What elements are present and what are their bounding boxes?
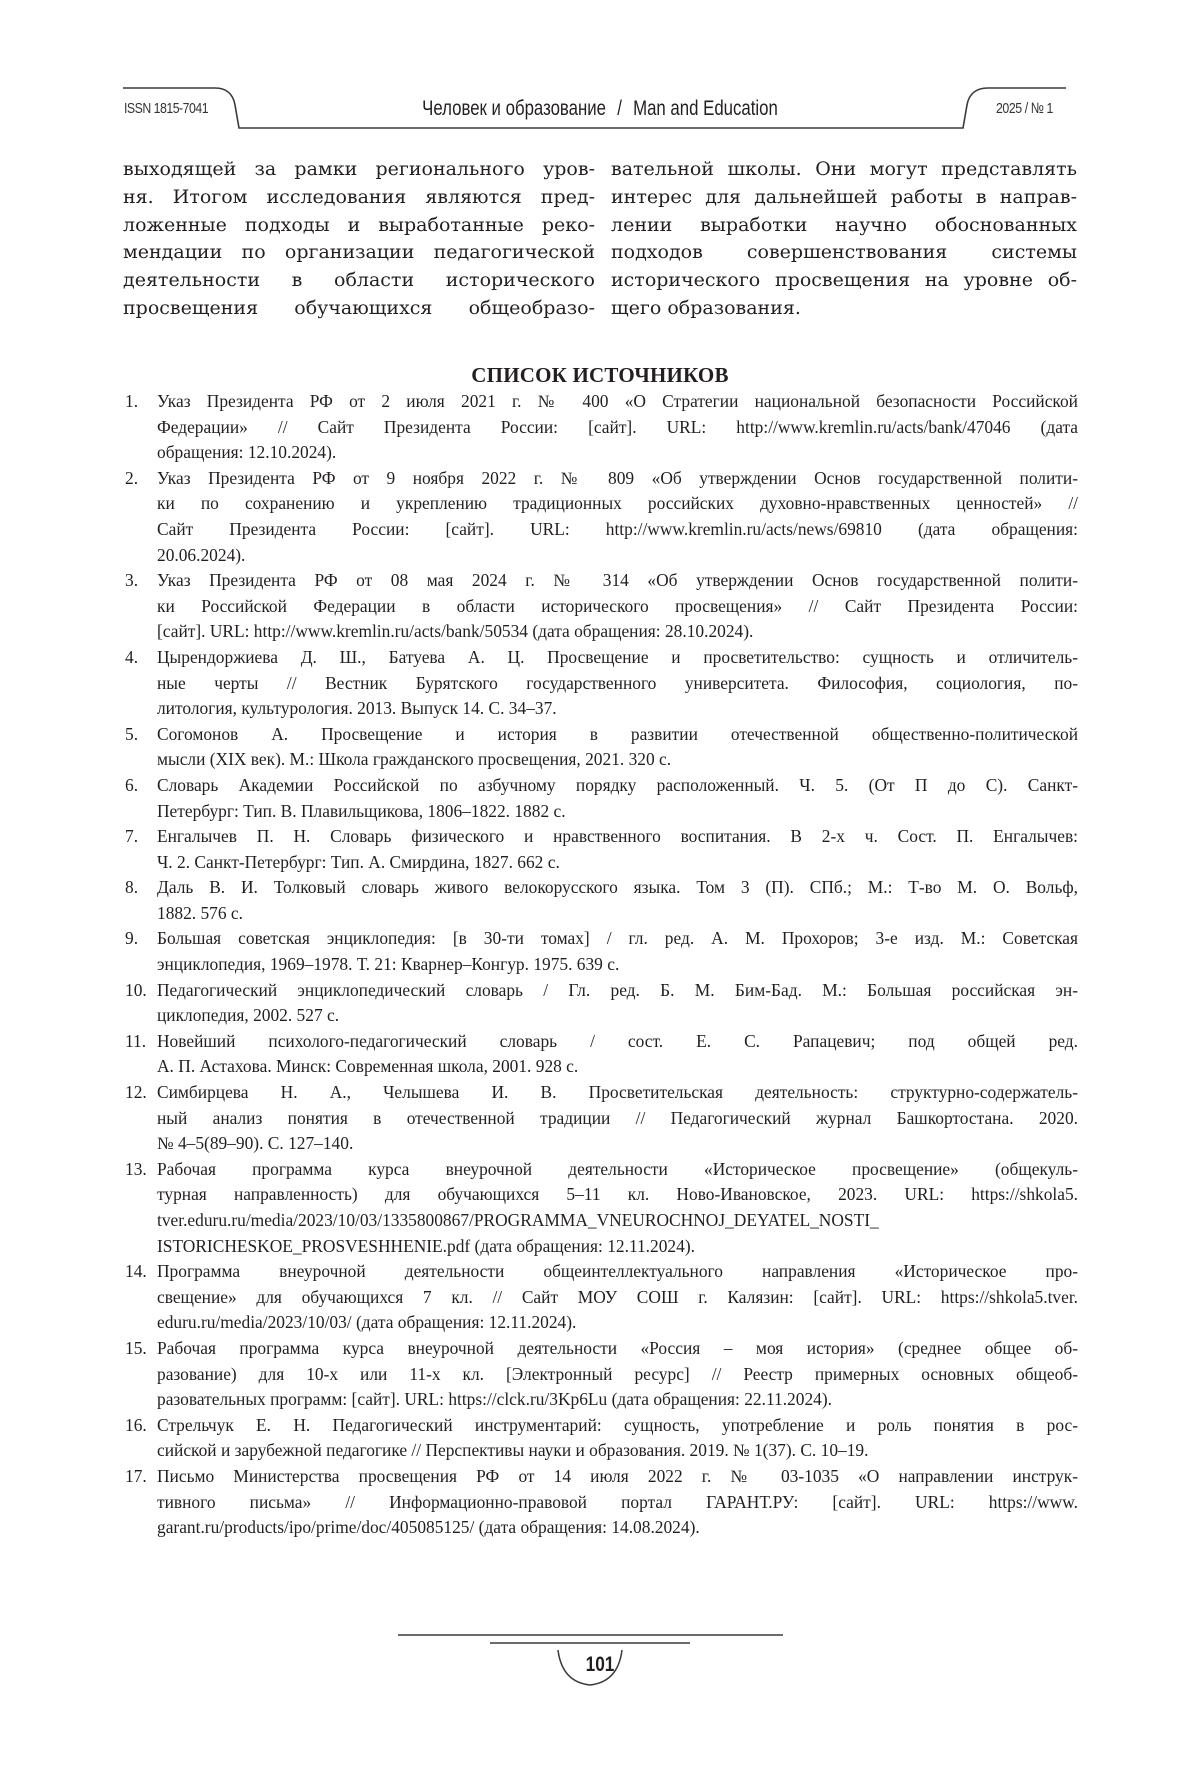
reference-line: 20.06.2024). [157,543,1078,569]
reference-text: Указ Президента РФ от 9 ноября 2022 г. №… [157,466,1078,568]
body-text-line: ложенные подходы и выработанные реко- [123,212,595,240]
reference-line: ный анализ понятия в отечественной тради… [157,1106,1078,1132]
reference-line: разовательных программ: [сайт]. URL: htt… [157,1387,1078,1413]
reference-line: Указ Президента РФ от 2 июля 2021 г. № 4… [157,389,1078,415]
reference-item: 8.Даль В. И. Толковый словарь живого вел… [123,875,1078,926]
body-text-line: исторического просвещения на уровне об- [611,267,1077,295]
journal-title-en: Man and Education [633,97,778,120]
reference-line: [сайт]. URL: http://www.kremlin.ru/acts/… [157,619,1078,645]
reference-number: 11. [125,1029,146,1055]
reference-item: 12.Симбирцева Н. А., Челышева И. В. Прос… [123,1080,1078,1157]
reference-text: Цырендоржиева Д. Ш., Батуева А. Ц. Просв… [157,645,1078,722]
reference-number: 1. [125,389,138,415]
issue-label: 2025 / № 1 [996,100,1053,117]
reference-line: garant.ru/products/ipo/prime/doc/4050851… [157,1515,1078,1541]
reference-number: 7. [125,824,138,850]
reference-text: Большая советская энциклопедия: [в 30-ти… [157,926,1078,977]
references-list: 1.Указ Президента РФ от 2 июля 2021 г. №… [123,389,1078,1541]
reference-line: циклопедия, 2002. 527 с. [157,1003,1078,1029]
reference-number: 17. [125,1464,147,1490]
body-text-line: мендации по организации педагогической [123,239,595,267]
reference-line: Указ Президента РФ от 9 ноября 2022 г. №… [157,466,1078,492]
reference-line: Федерации» // Сайт Президента России: [с… [157,415,1078,441]
reference-line: А. П. Астахова. Минск: Современная школа… [157,1054,1078,1080]
reference-item: 14.Программа внеурочной деятельности общ… [123,1259,1078,1336]
reference-line: Петербург: Тип. В. Плавильщикова, 1806–1… [157,799,1078,825]
reference-line: Енгалычев П. Н. Словарь физического и нр… [157,824,1078,850]
reference-line: tver.eduru.ru/media/2023/10/03/133580086… [157,1208,1078,1234]
reference-item: 2.Указ Президента РФ от 9 ноября 2022 г.… [123,466,1078,568]
reference-line: разование) для 10-х или 11-х кл. [Электр… [157,1362,1078,1388]
reference-text: Енгалычев П. Н. Словарь физического и нр… [157,824,1078,875]
body-text-line: щего образования. [611,295,1077,323]
reference-item: 16.Стрельчук Е. Н. Педагогический инстру… [123,1413,1078,1464]
reference-text: Указ Президента РФ от 2 июля 2021 г. № 4… [157,389,1078,466]
reference-line: свещение» для обучающихся 7 кл. // Сайт … [157,1285,1078,1311]
body-text-line: ня. Итогом исследования являются пред- [123,184,595,212]
reference-line: сийской и зарубежной педагогике // Персп… [157,1438,1078,1464]
reference-text: Стрельчук Е. Н. Педагогический инструмен… [157,1413,1078,1464]
reference-line: энциклопедия, 1969–1978. Т. 21: Кварнер–… [157,952,1078,978]
references-heading: СПИСОК ИСТОЧНИКОВ [0,363,1200,388]
reference-line: обращения: 12.10.2024). [157,440,1078,466]
running-head: Человек и образование/Man and Education [120,97,1080,121]
reference-number: 14. [125,1259,147,1285]
reference-item: 13.Рабочая программа курса внеурочной де… [123,1157,1078,1259]
reference-line: ISTORICHESKOE_PROSVESHHENIE.pdf (дата об… [157,1234,1078,1260]
reference-line: № 4–5(89–90). С. 127–140. [157,1131,1078,1157]
reference-line: Сайт Президента России: [сайт]. URL: htt… [157,517,1078,543]
reference-text: Программа внеурочной деятельности общеин… [157,1259,1078,1336]
reference-text: Согомонов А. Просвещение и история в раз… [157,722,1078,773]
body-column-left: выходящей за рамки регионального уров-ня… [123,156,595,323]
reference-line: тивного письма» // Информационно-правово… [157,1490,1078,1516]
reference-text: Указ Президента РФ от 08 мая 2024 г. № 3… [157,568,1078,645]
reference-line: Стрельчук Е. Н. Педагогический инструмен… [157,1413,1078,1439]
reference-item: 17.Письмо Министерства просвещения РФ от… [123,1464,1078,1541]
reference-item: 5.Согомонов А. Просвещение и история в р… [123,722,1078,773]
reference-line: литология, культурология. 2013. Выпуск 1… [157,696,1078,722]
reference-item: 15.Рабочая программа курса внеурочной де… [123,1336,1078,1413]
reference-text: Рабочая программа курса внеурочной деяте… [157,1336,1078,1413]
reference-number: 5. [125,722,138,748]
reference-line: Даль В. И. Толковый словарь живого велок… [157,875,1078,901]
reference-text: Письмо Министерства просвещения РФ от 14… [157,1464,1078,1541]
reference-line: мысли (XIX век). М.: Школа гражданского … [157,747,1078,773]
reference-line: ки Российской Федерации в области истори… [157,594,1078,620]
reference-line: eduru.ru/media/2023/10/03/ (дата обращен… [157,1310,1078,1336]
reference-number: 6. [125,773,138,799]
reference-item: 3.Указ Президента РФ от 08 мая 2024 г. №… [123,568,1078,645]
reference-line: Новейший психолого-педагогический словар… [157,1029,1078,1055]
reference-line: ные черты // Вестник Бурятского государс… [157,671,1078,697]
reference-line: Большая советская энциклопедия: [в 30-ти… [157,926,1078,952]
body-text-line: подходов совершенствования системы [611,239,1077,267]
body-column-right: вательной школы. Они могут представлятьи… [611,156,1077,323]
reference-line: Программа внеурочной деятельности общеин… [157,1259,1078,1285]
reference-item: 4.Цырендоржиева Д. Ш., Батуева А. Ц. Про… [123,645,1078,722]
reference-number: 3. [125,568,138,594]
reference-text: Новейший психолого-педагогический словар… [157,1029,1078,1080]
reference-item: 9.Большая советская энциклопедия: [в 30-… [123,926,1078,977]
body-text-line: лении выработки научно обоснованных [611,212,1077,240]
reference-line: 1882. 576 с. [157,901,1078,927]
body-text-line: вательной школы. Они могут представлять [611,156,1077,184]
reference-number: 2. [125,466,138,492]
reference-line: Письмо Министерства просвещения РФ от 14… [157,1464,1078,1490]
page-number: 101 [108,1653,1092,1677]
reference-text: Симбирцева Н. А., Челышева И. В. Просвет… [157,1080,1078,1157]
reference-text: Словарь Академии Российской по азбучному… [157,773,1078,824]
reference-line: турная направленность) для обучающихся 5… [157,1182,1078,1208]
reference-number: 4. [125,645,138,671]
body-text-line: интерес для дальнейшей работы в направ- [611,184,1077,212]
journal-page: ISSN 1815-7041 Человек и образование/Man… [0,0,1200,1783]
journal-title-ru: Человек и образование [422,97,606,120]
reference-item: 6.Словарь Академии Российской по азбучно… [123,773,1078,824]
reference-item: 10.Педагогический энциклопедический слов… [123,978,1078,1029]
reference-text: Рабочая программа курса внеурочной деяте… [157,1157,1078,1259]
body-text-line: выходящей за рамки регионального уров- [123,156,595,184]
reference-item: 7.Енгалычев П. Н. Словарь физического и … [123,824,1078,875]
reference-number: 13. [125,1157,147,1183]
reference-number: 15. [125,1336,147,1362]
reference-line: Цырендоржиева Д. Ш., Батуева А. Ц. Просв… [157,645,1078,671]
reference-line: Согомонов А. Просвещение и история в раз… [157,722,1078,748]
title-separator: / [617,97,622,120]
reference-line: Симбирцева Н. А., Челышева И. В. Просвет… [157,1080,1078,1106]
reference-line: Словарь Академии Российской по азбучному… [157,773,1078,799]
reference-line: Рабочая программа курса внеурочной деяте… [157,1157,1078,1183]
reference-number: 12. [125,1080,147,1106]
reference-line: Ч. 2. Санкт-Петербург: Тип. А. Смирдина,… [157,850,1078,876]
reference-line: Указ Президента РФ от 08 мая 2024 г. № 3… [157,568,1078,594]
reference-line: Педагогический энциклопедический словарь… [157,978,1078,1004]
reference-text: Педагогический энциклопедический словарь… [157,978,1078,1029]
reference-item: 11.Новейший психолого-педагогический сло… [123,1029,1078,1080]
reference-number: 8. [125,875,138,901]
reference-number: 10. [125,978,147,1004]
reference-line: Рабочая программа курса внеурочной деяте… [157,1336,1078,1362]
reference-line: ки по сохранению и укреплению традиционн… [157,491,1078,517]
reference-number: 16. [125,1413,147,1439]
reference-number: 9. [125,926,138,952]
body-text-line: деятельности в области исторического [123,267,595,295]
body-text-line: просвещения обучающихся общеобразо- [123,295,595,323]
reference-item: 1.Указ Президента РФ от 2 июля 2021 г. №… [123,389,1078,466]
reference-text: Даль В. И. Толковый словарь живого велок… [157,875,1078,926]
